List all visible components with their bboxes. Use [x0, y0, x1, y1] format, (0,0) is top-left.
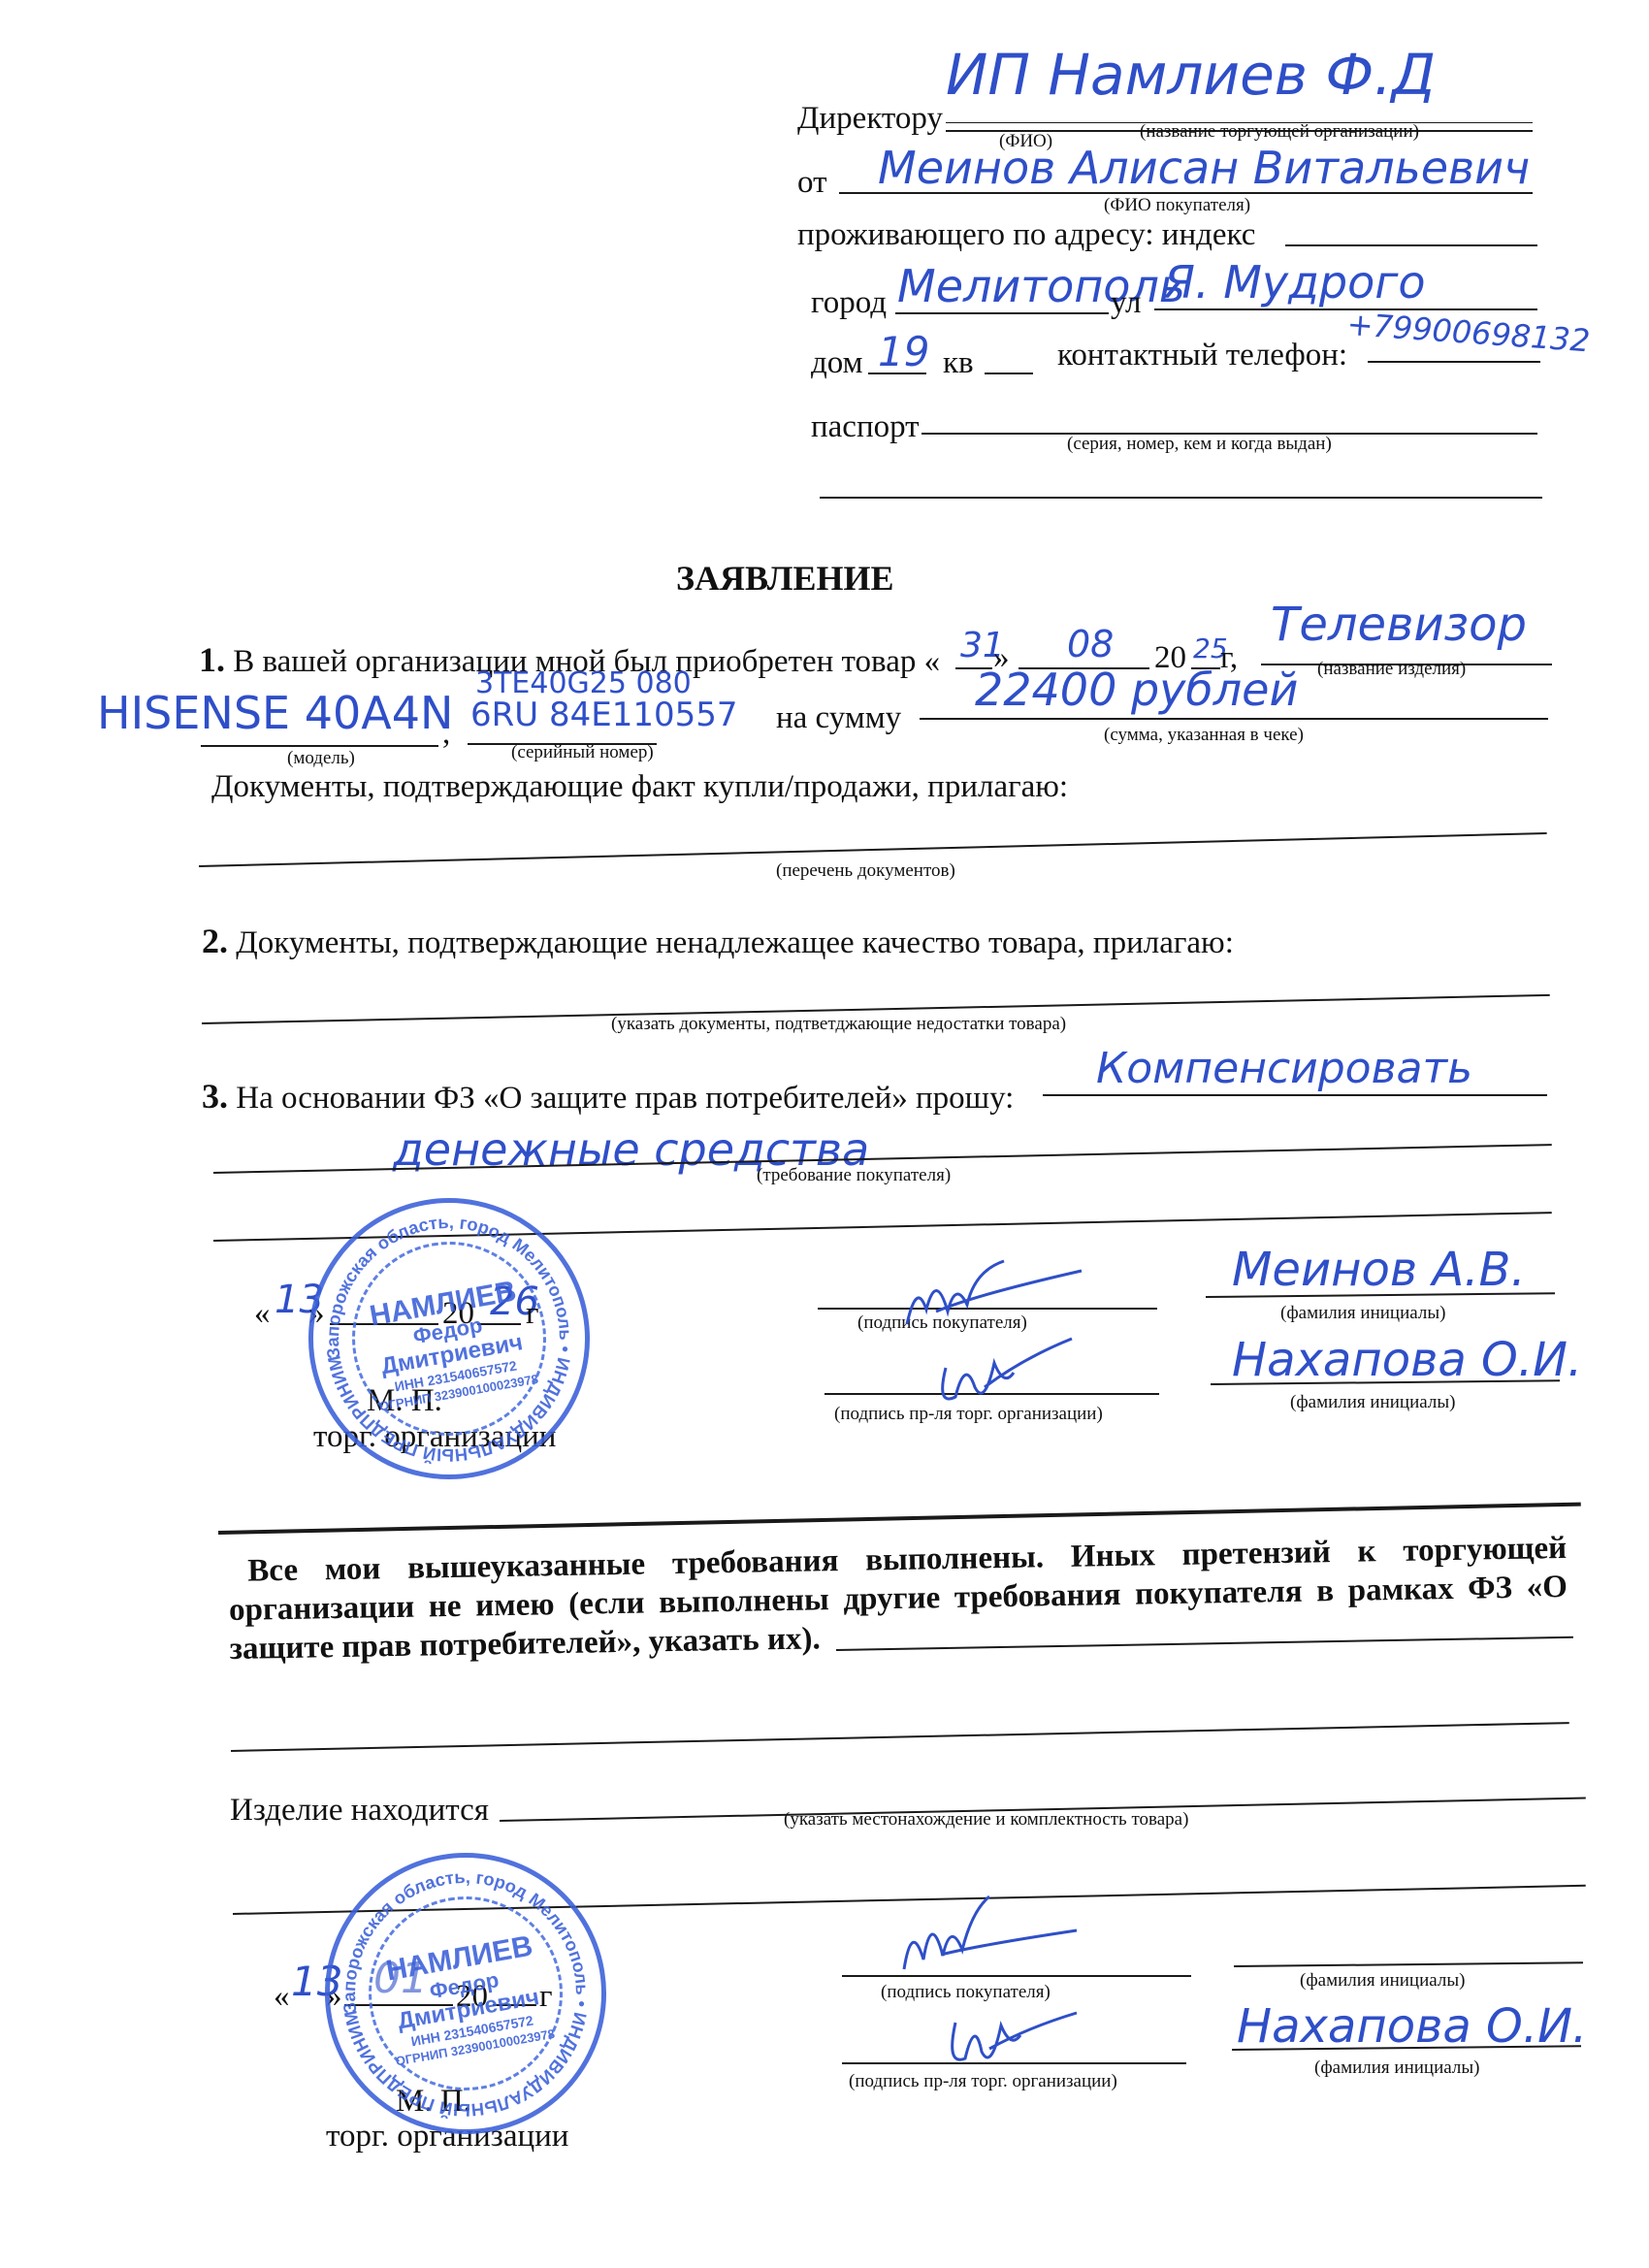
- seller-signature-2: [931, 1989, 1086, 2076]
- purchase-month[interactable]: 08: [1067, 626, 1114, 663]
- sig2-buyer-name-caption: (фамилия инициалы): [1300, 1971, 1465, 1990]
- serial-value-line2[interactable]: 6RU 84E110557: [470, 698, 738, 731]
- item2-number: 2.: [202, 922, 228, 960]
- buyer-signature-1: [897, 1251, 1091, 1339]
- item1-number: 1.: [199, 640, 225, 679]
- apt-label: кв: [943, 347, 974, 379]
- sum-label: на сумму: [776, 702, 901, 734]
- model-value[interactable]: HISENSE 40A4N: [97, 691, 453, 735]
- location-caption: (указать местонахождение и комплектность…: [784, 1810, 1188, 1829]
- docs-caption: (перечень документов): [776, 861, 955, 880]
- phone-underline: [1368, 361, 1540, 363]
- street-label: ул: [1111, 287, 1142, 319]
- item3-caption: (требование покупателя): [757, 1166, 951, 1184]
- director-value[interactable]: ИП Намлиев Ф.Д: [946, 47, 1436, 103]
- item3-value-line1[interactable]: Компенсировать: [1096, 1048, 1472, 1090]
- company-stamp-1: Запорожская область, город Мелитополь • …: [286, 1176, 612, 1502]
- item3-underline: [1043, 1094, 1547, 1096]
- phone-label: контактный телефон:: [1057, 340, 1347, 372]
- city-underline: [895, 312, 1109, 314]
- apt-underline: [985, 373, 1033, 374]
- company-stamp-2: Запорожская область, город Мелитополь • …: [303, 1831, 629, 2156]
- sig1-date-open: «: [254, 1298, 271, 1330]
- sig2-seller-name[interactable]: Нахапова О.И.: [1237, 2003, 1587, 2050]
- street-value[interactable]: Я. Мудрого: [1164, 260, 1426, 305]
- city-value[interactable]: Мелитополь: [897, 264, 1185, 308]
- from-value[interactable]: Меинов Алисан Витальевич: [878, 146, 1530, 190]
- item2-text: Документы, подтверждающие ненадлежащее к…: [236, 925, 1234, 960]
- sig1-buyer-name-caption: (фамилия инициалы): [1280, 1304, 1445, 1322]
- passport-caption: (серия, номер, кем и когда выдан): [1067, 435, 1332, 453]
- buyer-fio-caption: (ФИО покупателя): [1104, 196, 1250, 214]
- sig2-buyer-name-line: [1234, 1961, 1583, 1967]
- docs-label: Документы, подтверждающие факт купли/про…: [211, 771, 1068, 803]
- product-caption: (название изделия): [1317, 660, 1466, 678]
- location-label: Изделие находится: [230, 1795, 489, 1827]
- section-divider: [218, 1503, 1581, 1535]
- org-caption: (название торгующей организации): [1140, 122, 1419, 141]
- sum-caption: (сумма, указанная в чеке): [1104, 726, 1304, 744]
- address-label: проживающего по адресу: индекс: [797, 219, 1255, 251]
- passport-label: паспорт: [811, 411, 920, 443]
- street-underline: [1154, 308, 1537, 310]
- item3-number: 3.: [202, 1077, 228, 1116]
- seller-signature-1: [926, 1329, 1082, 1416]
- item3-text: На основании ФЗ «О защите прав потребите…: [236, 1081, 1014, 1116]
- phone-value[interactable]: +79900698132: [1346, 308, 1591, 356]
- final-claims-underline-2: [231, 1722, 1569, 1752]
- sum-underline: [920, 718, 1548, 720]
- passport-underline-2: [820, 497, 1542, 499]
- buyer-signature-2: [892, 1892, 1086, 1979]
- model-underline: [201, 745, 438, 747]
- serial-value-line1[interactable]: 3TE40G25 080: [475, 669, 692, 698]
- house-label: дом: [811, 347, 863, 379]
- sum-value[interactable]: 22400 рублей: [975, 667, 1298, 712]
- product-value[interactable]: Телевизор: [1271, 601, 1527, 648]
- item2-caption: (указать документы, подтветджающие недос…: [611, 1015, 1066, 1033]
- house-value[interactable]: 19: [878, 332, 929, 373]
- sig1-seller-name[interactable]: Нахапова О.И.: [1232, 1337, 1582, 1383]
- from-label: от: [797, 167, 827, 199]
- sig2-seller-name-caption: (фамилия инициалы): [1314, 2058, 1479, 2077]
- model-comma: ,: [442, 718, 450, 750]
- page-title: ЗАЯВЛЕНИЕ: [676, 561, 894, 596]
- item2-row: 2. Документы, подтверждающие ненадлежаще…: [202, 923, 1234, 959]
- city-label: город: [811, 287, 887, 319]
- model-caption: (модель): [287, 749, 355, 767]
- sig1-buyer-name[interactable]: Меинов А.В.: [1232, 1247, 1526, 1293]
- item3-row: 3. На основании ФЗ «О защите прав потреб…: [202, 1079, 1014, 1115]
- sig1-seller-name-caption: (фамилия инициалы): [1290, 1393, 1455, 1411]
- sig2-date-open: «: [274, 1981, 290, 2013]
- director-label: Директору: [797, 103, 943, 135]
- serial-caption: (серийный номер): [511, 743, 654, 761]
- index-underline: [1285, 244, 1537, 246]
